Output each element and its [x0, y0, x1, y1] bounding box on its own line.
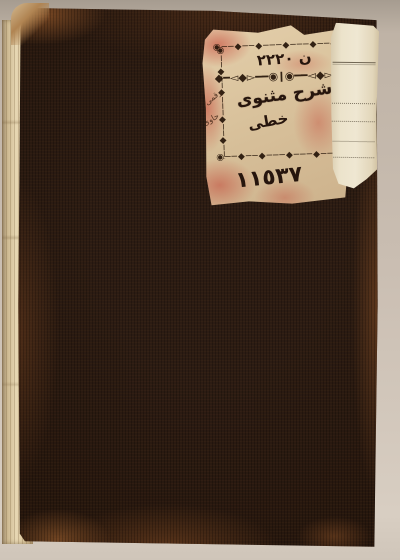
catalog-label: ◉──◆──◆───◆───◆──◆──◉ ◉──◆──◆───◆──◆──◉ …: [200, 23, 350, 207]
paper-strip: [329, 23, 379, 190]
worn-corner: [11, 3, 49, 45]
ruled-line: [332, 103, 375, 105]
ruled-line: [333, 62, 376, 64]
ruled-line: [332, 121, 375, 123]
label-catalog-number-bottom: ١١٥٣٧: [204, 159, 334, 197]
photo-scene: ◉──◆──◆───◆───◆──◆──◉ ◉──◆──◆───◆──◆──◉ …: [0, 0, 400, 560]
ruled-line: [331, 157, 374, 159]
ruled-line: [331, 141, 374, 143]
